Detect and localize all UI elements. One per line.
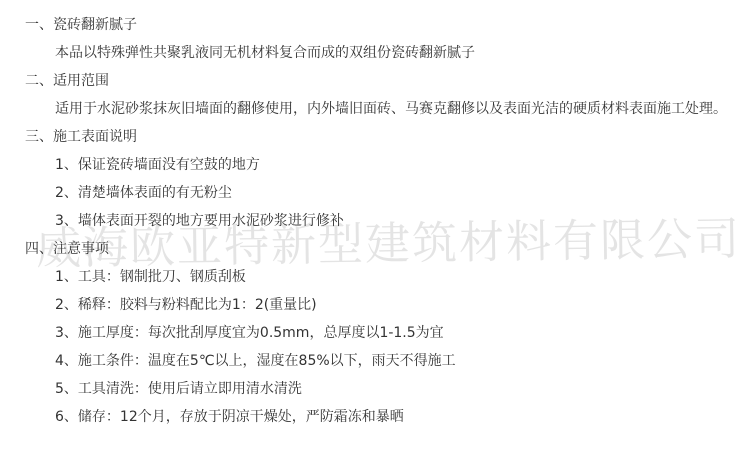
doc-text-line: 2、稀释：胶料与粉料配比为1：2(重量比)	[55, 298, 750, 313]
doc-text-line: 2、清楚墙体表面的有无粉尘	[55, 186, 750, 201]
doc-text-line: 本品以特殊弹性共聚乳液同无机材料复合而成的双组份瓷砖翻新腻子	[55, 46, 750, 61]
doc-text-line: 4、施工条件：温度在5℃以上，湿度在85%以下，雨天不得施工	[55, 354, 750, 369]
doc-text-line: 6、储存：12个月，存放于阴凉干燥处，严防霜冻和暴晒	[55, 410, 750, 425]
doc-text-line: 1、保证瓷砖墙面没有空鼓的地方	[55, 158, 750, 173]
document-body: 一、瓷砖翻新腻子本品以特殊弹性共聚乳液同无机材料复合而成的双组份瓷砖翻新腻子二、…	[0, 0, 750, 425]
section-heading: 二、适用范围	[25, 74, 750, 89]
doc-text-line: 5、工具清洗：使用后请立即用清水清洗	[55, 382, 750, 397]
doc-text-line: 3、墙体表面开裂的地方要用水泥砂浆进行修补	[55, 214, 750, 229]
doc-text-line: 适用于水泥砂浆抹灰旧墙面的翻修使用，内外墙旧面砖、马赛克翻修以及表面光洁的硬质材…	[55, 102, 750, 117]
doc-text-line: 3、施工厚度：每次批刮厚度宜为0.5mm，总厚度以1-1.5为宜	[55, 326, 750, 341]
document-page: 威海欧亚特新型建筑材料有限公司 一、瓷砖翻新腻子本品以特殊弹性共聚乳液同无机材料…	[0, 0, 750, 465]
section-heading: 一、瓷砖翻新腻子	[25, 18, 750, 33]
doc-text-line: 1、工具：钢制批刀、钢质刮板	[55, 270, 750, 285]
section-heading: 四、注意事项	[25, 242, 750, 257]
section-heading: 三、施工表面说明	[25, 130, 750, 145]
